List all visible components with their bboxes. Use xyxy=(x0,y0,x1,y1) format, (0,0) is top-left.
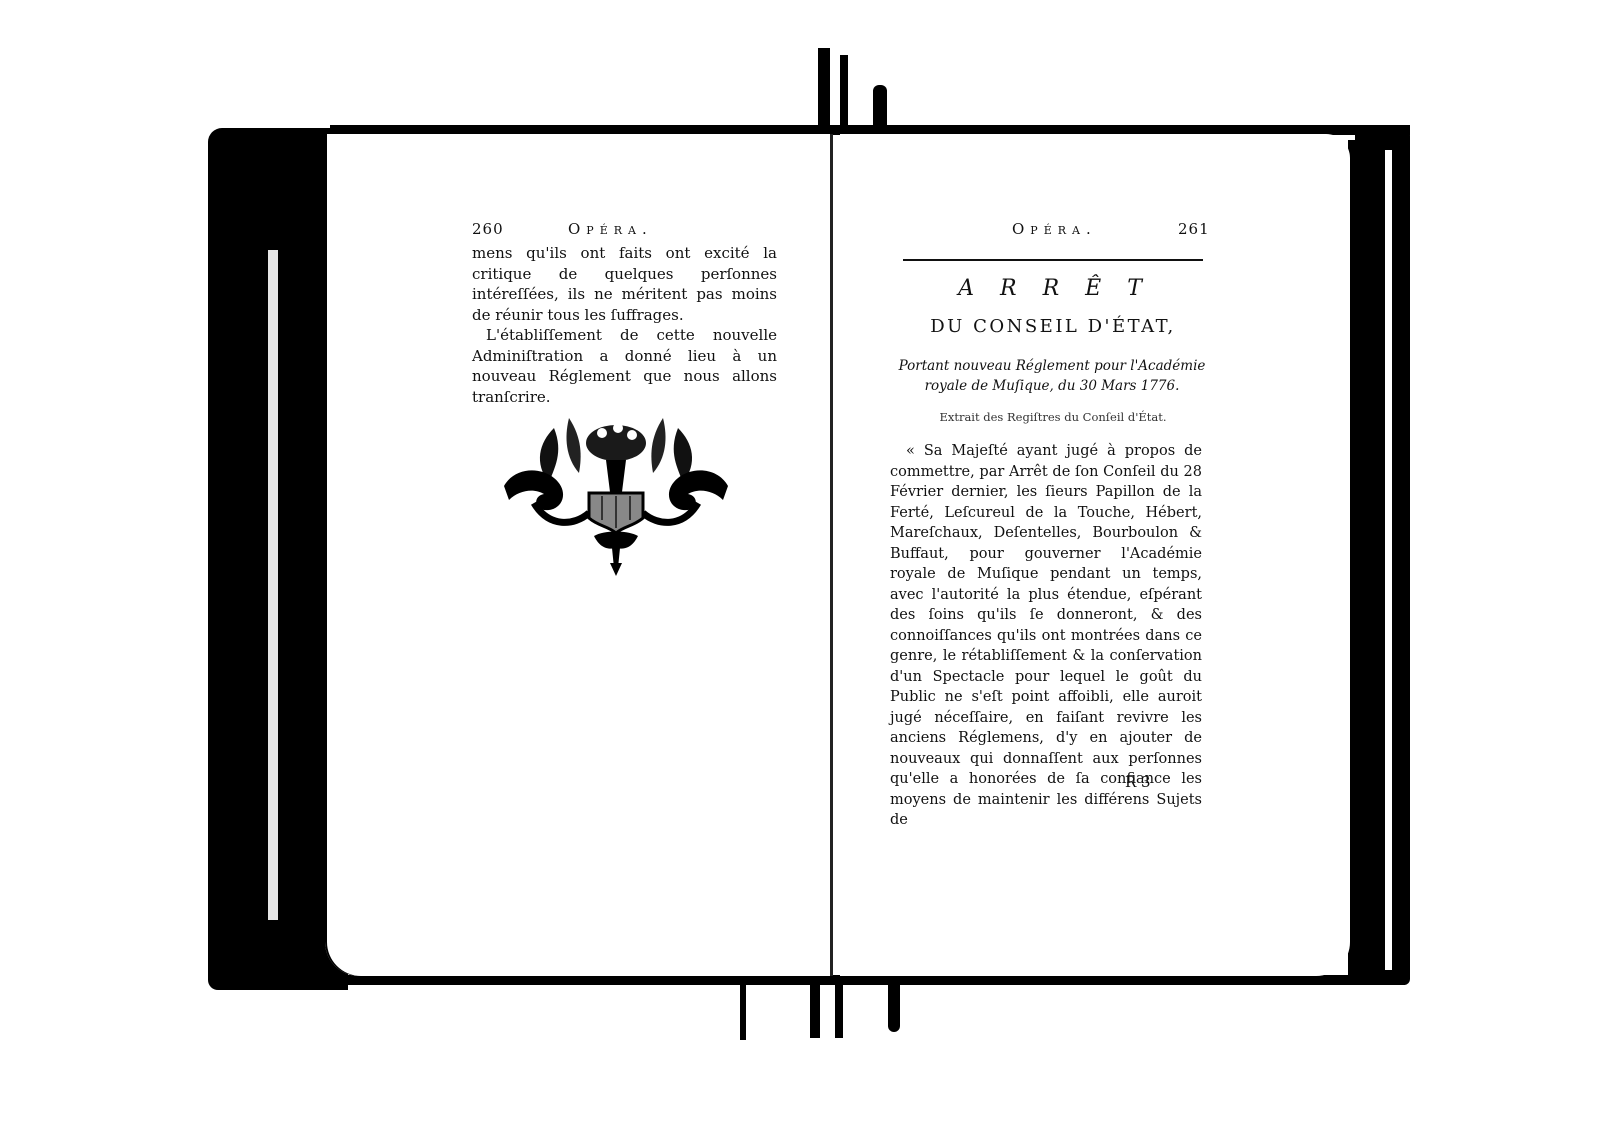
decree-subtitle-line-1: Portant nouveau Réglement pour l'Académi… xyxy=(898,356,1206,376)
binding-clip-top-2 xyxy=(840,55,848,135)
extract-note: Extrait des Regiſtres du Conſeil d'État. xyxy=(903,410,1203,424)
right-page-number: 261 xyxy=(1178,220,1210,238)
decree-subtitle: Portant nouveau Réglement pour l'Académi… xyxy=(898,356,1206,396)
binding-clip-top-1 xyxy=(818,48,830,134)
book-cover-right xyxy=(1355,130,1410,985)
binding-clip-bottom-4 xyxy=(888,980,900,1032)
decree-body: « Sa Majeſté ayant jugé à propos de comm… xyxy=(890,441,1202,831)
header-rule xyxy=(903,259,1203,261)
left-paragraph-1: mens qu'ils ont faits ont excité la crit… xyxy=(472,243,777,325)
decree-heading: ARRÊT xyxy=(903,276,1203,301)
left-running-head: Opéra. xyxy=(568,220,653,238)
decree-subtitle-line-2: royale de Muſique, du 30 Mars 1776. xyxy=(898,376,1206,396)
binding-clip-bottom-1 xyxy=(740,980,746,1040)
left-running-head-text: Opéra. xyxy=(568,220,653,238)
binding-clip-bottom-2 xyxy=(810,980,820,1038)
floral-vignette-ornament-icon xyxy=(494,408,738,578)
book-gutter xyxy=(830,134,833,976)
left-page-text: mens qu'ils ont faits ont excité la crit… xyxy=(472,243,777,407)
binding-clip-top-3 xyxy=(873,85,887,135)
cover-gap-right xyxy=(1385,150,1392,970)
right-running-head: Opéra. xyxy=(1012,220,1097,238)
decree-subheading: DU CONSEIL D'ÉTAT, xyxy=(903,316,1203,337)
binding-clip-bottom-3 xyxy=(835,980,843,1038)
signature-mark: R 3 xyxy=(1125,773,1151,791)
right-running-head-text: Opéra. xyxy=(1012,220,1097,238)
left-paragraph-2: L'établiſſement de cette nouvelle Admini… xyxy=(472,325,777,407)
decree-body-paragraph: « Sa Majeſté ayant jugé à propos de comm… xyxy=(890,441,1202,831)
cover-gap-left xyxy=(268,250,278,920)
left-page-number: 260 xyxy=(472,220,504,238)
